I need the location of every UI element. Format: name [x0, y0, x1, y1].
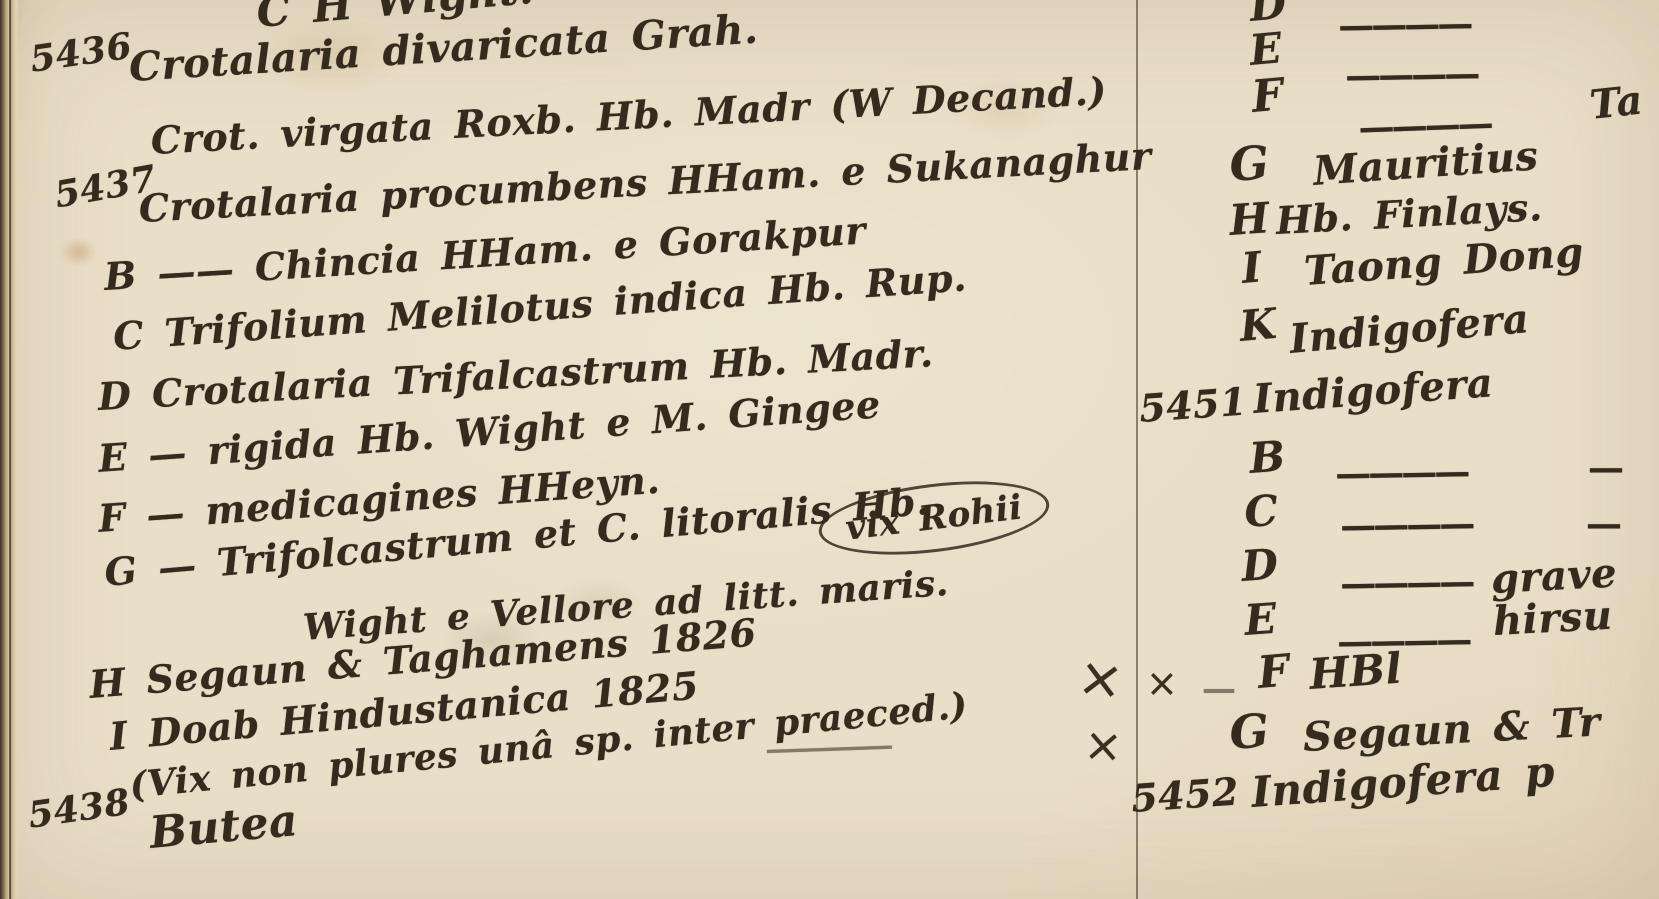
letter-label: K — [1238, 303, 1279, 348]
catalog-number-5452: 5452 — [1130, 772, 1240, 817]
species-line-cut: Indigofera — [1252, 363, 1494, 420]
species-line-cut: Indigofera p — [1250, 751, 1556, 814]
letter-label: F — [1250, 73, 1285, 120]
letter-label: G — [1228, 707, 1271, 756]
species-line-cut: Butea — [148, 799, 300, 856]
herbarium-note: HBl — [1308, 648, 1403, 696]
letter-label: C — [1243, 490, 1280, 534]
letter-label: H — [1228, 197, 1271, 242]
herbarium-note: Hb. Finlays. — [1275, 188, 1543, 240]
letter-label: E — [1248, 27, 1284, 72]
ditto-dash: ———— — [1345, 56, 1478, 94]
locality-note-cut: Taong Dong — [1303, 232, 1585, 291]
letter-label: D — [1240, 543, 1280, 587]
locality-note-cut: Segaun & Tr — [1302, 702, 1601, 758]
ditto-dash: ———— — [1340, 506, 1473, 544]
cross-mark: × — [1082, 721, 1124, 770]
catalog-number-5451: 5451 — [1138, 382, 1248, 427]
ditto-dash: ———— — [1338, 6, 1471, 44]
letter-label: B — [1248, 435, 1287, 479]
ditto-dash: ———— — [1335, 454, 1468, 492]
cross-mark: × — [1146, 664, 1178, 702]
margin-rule-line — [9, 0, 11, 899]
locality-note: Mauritius — [1312, 136, 1540, 192]
manuscript-page: C H Wight. — 5436 Crotalaria divaricata … — [0, 0, 1659, 899]
catalog-number-5438: 5438 — [26, 784, 132, 834]
letter-label: G — [1228, 139, 1271, 188]
species-note-cut: hirsu — [1492, 596, 1613, 642]
letter-label: F — [1256, 649, 1291, 696]
ditto-dash-edge: — — [1586, 506, 1619, 542]
cross-mark: × — [1074, 649, 1126, 709]
letter-label: I — [1240, 246, 1264, 290]
catalog-number-5436: 5436 — [28, 28, 134, 78]
species-note-cut: Indigofera — [1288, 299, 1531, 360]
locality-note-cut: Ta — [1588, 80, 1645, 125]
species-line: Crotalaria divaricata Grah. — [128, 10, 759, 88]
letter-label: E — [1243, 598, 1278, 642]
ditto-dash: — — [1202, 672, 1233, 706]
ditto-dash: ———— — [1340, 564, 1473, 602]
ditto-dash-edge: — — [1588, 450, 1621, 486]
